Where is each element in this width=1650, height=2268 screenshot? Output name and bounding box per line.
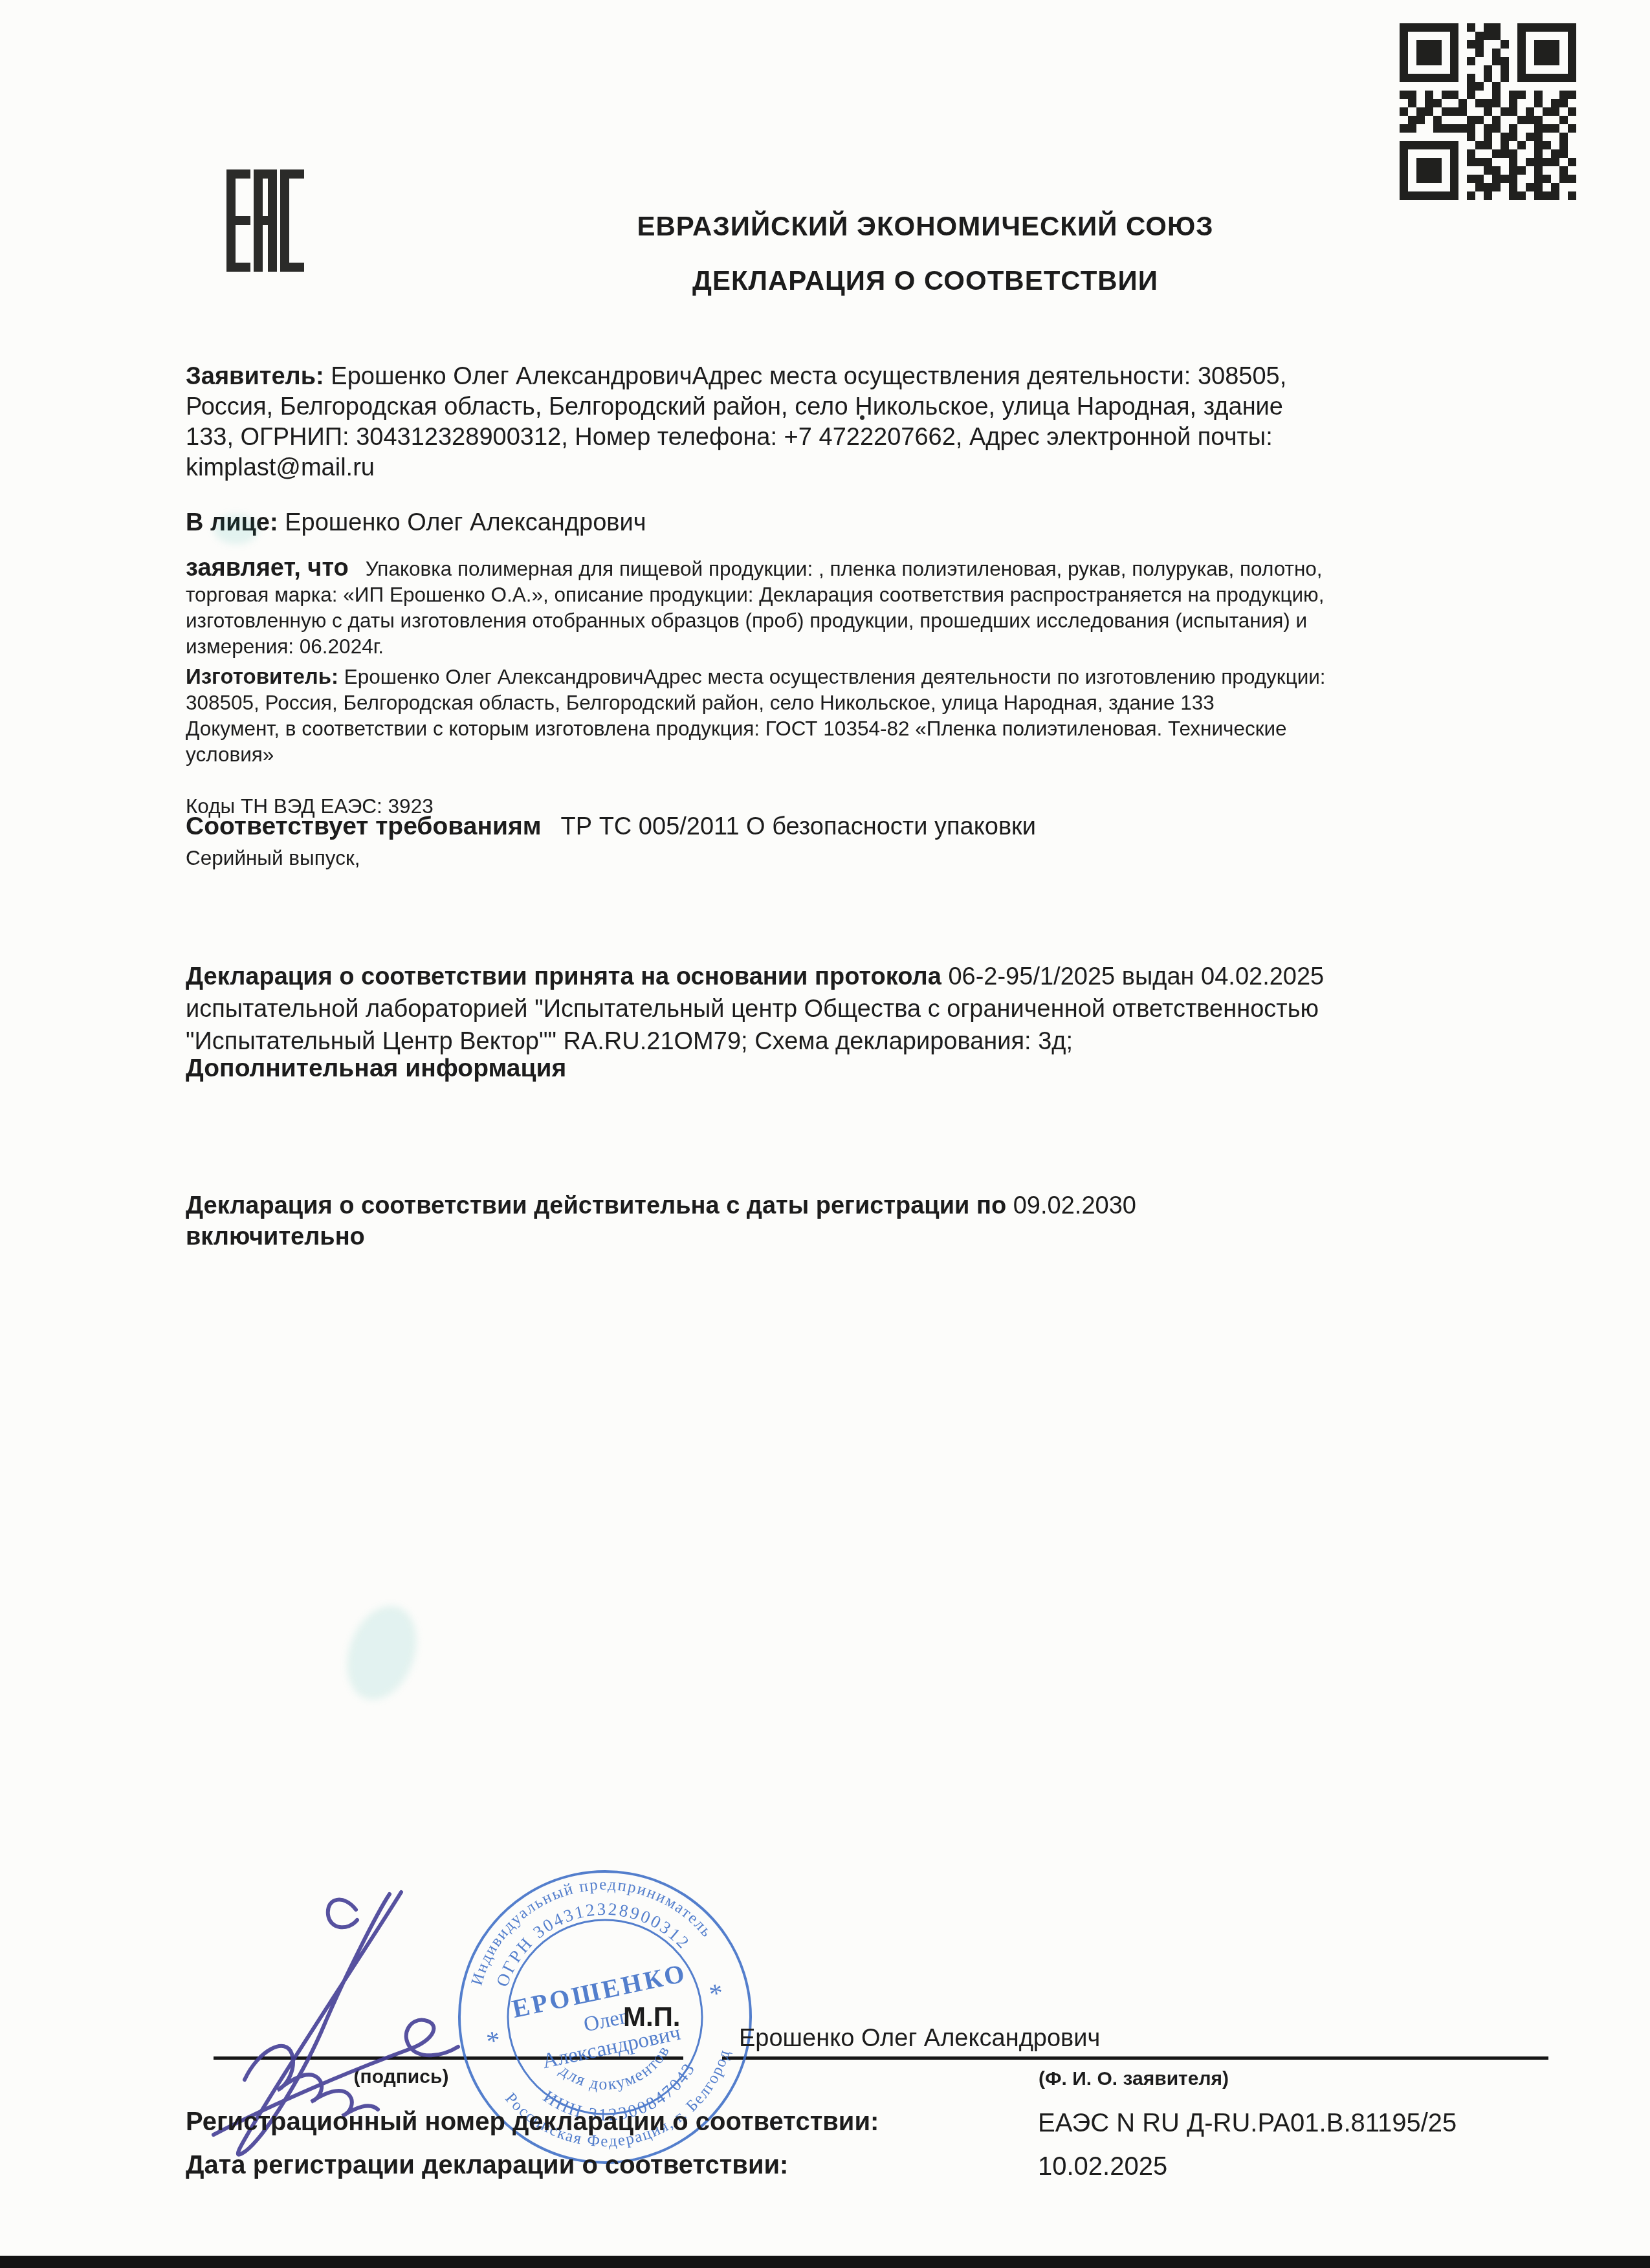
qr-module: [1551, 40, 1559, 49]
qr-module: [1442, 133, 1450, 141]
qr-module: [1425, 133, 1433, 141]
qr-module: [1543, 57, 1551, 65]
qr-module: [1425, 82, 1433, 91]
qr-module: [1534, 124, 1543, 133]
qr-module: [1416, 116, 1425, 124]
qr-module: [1568, 124, 1576, 133]
qr-module: [1450, 191, 1458, 200]
qr-module: [1501, 166, 1509, 175]
qr-module: [1509, 40, 1517, 49]
qr-module: [1568, 82, 1576, 91]
qr-module: [1458, 107, 1467, 116]
qr-module: [1458, 57, 1467, 65]
qr-module: [1543, 32, 1551, 40]
qr-module: [1501, 124, 1509, 133]
qr-module: [1484, 141, 1492, 149]
qr-module: [1526, 23, 1534, 32]
qr-module: [1492, 133, 1501, 141]
qr-module: [1534, 40, 1543, 49]
qr-module: [1517, 116, 1526, 124]
registration-date-value: 10.02.2025: [1038, 2152, 1167, 2181]
qr-module: [1408, 65, 1416, 74]
qr-module: [1400, 82, 1408, 91]
qr-module: [1425, 183, 1433, 191]
qr-module: [1467, 99, 1475, 107]
qr-module: [1551, 32, 1559, 40]
qr-module: [1442, 183, 1450, 191]
fio-caption: (Ф. И. О. заявителя): [972, 2068, 1295, 2090]
qr-module: [1551, 57, 1559, 65]
qr-module: [1509, 166, 1517, 175]
qr-module: [1509, 183, 1517, 191]
qr-module: [1559, 191, 1568, 200]
qr-module: [1543, 191, 1551, 200]
qr-module: [1559, 91, 1568, 99]
qr-module: [1467, 32, 1475, 40]
qr-module: [1433, 57, 1442, 65]
qr-module: [1551, 158, 1559, 166]
qr-module: [1534, 175, 1543, 183]
scan-smudge: [335, 1596, 428, 1709]
qr-module: [1400, 124, 1408, 133]
qr-module: [1509, 74, 1517, 82]
qr-module: [1475, 57, 1484, 65]
qr-module: [1400, 158, 1408, 166]
qr-module: [1526, 116, 1534, 124]
qr-module: [1501, 57, 1509, 65]
qr-module: [1568, 191, 1576, 200]
qr-module: [1526, 183, 1534, 191]
qr-module: [1568, 74, 1576, 82]
qr-module: [1509, 82, 1517, 91]
qr-module: [1408, 158, 1416, 166]
qr-module: [1458, 124, 1467, 133]
qr-module: [1425, 74, 1433, 82]
qr-module: [1425, 91, 1433, 99]
manufacturer-label: Изготовитель:: [186, 664, 338, 688]
qr-module: [1501, 40, 1509, 49]
qr-module: [1475, 191, 1484, 200]
qr-module: [1467, 116, 1475, 124]
qr-module: [1543, 40, 1551, 49]
qr-module: [1450, 107, 1458, 116]
qr-module: [1442, 91, 1450, 99]
qr-module: [1501, 183, 1509, 191]
qr-module: [1425, 49, 1433, 57]
qr-module: [1559, 40, 1568, 49]
qr-module: [1408, 183, 1416, 191]
qr-module: [1408, 141, 1416, 149]
qr-module: [1433, 166, 1442, 175]
qr-module: [1467, 141, 1475, 149]
validity-paragraph: Декларация о соответствии действительна …: [186, 1159, 1524, 1252]
registration-number-label: Регистрационный номер декларации о соотв…: [186, 2108, 879, 2137]
qr-module: [1433, 158, 1442, 166]
qr-module: [1568, 23, 1576, 32]
qr-module: [1517, 40, 1526, 49]
qr-module: [1416, 23, 1425, 32]
qr-module: [1517, 183, 1526, 191]
scan-smudge: [214, 514, 259, 544]
qr-module: [1559, 23, 1568, 32]
qr-module: [1543, 116, 1551, 124]
qr-module: [1450, 175, 1458, 183]
qr-module: [1543, 23, 1551, 32]
fio-line: [722, 2056, 1548, 2060]
qr-module: [1517, 91, 1526, 99]
qr-module: [1526, 82, 1534, 91]
qr-module: [1400, 183, 1408, 191]
qr-module: [1442, 57, 1450, 65]
qr-module: [1450, 74, 1458, 82]
qr-module: [1416, 166, 1425, 175]
qr-module: [1509, 65, 1517, 74]
declaration-document: ЕВРАЗИЙСКИЙ ЭКОНОМИЧЕСКИЙ СОЮЗ ДЕКЛАРАЦИ…: [0, 0, 1650, 2268]
qr-module: [1416, 133, 1425, 141]
qr-module: [1475, 133, 1484, 141]
qr-module: [1551, 175, 1559, 183]
qr-module: [1568, 158, 1576, 166]
qr-module: [1458, 82, 1467, 91]
qr-module: [1509, 32, 1517, 40]
qr-module: [1450, 57, 1458, 65]
qr-module: [1425, 158, 1433, 166]
qr-module: [1551, 116, 1559, 124]
qr-module: [1551, 191, 1559, 200]
qr-module: [1559, 82, 1568, 91]
qr-module: [1501, 99, 1509, 107]
qr-module: [1484, 32, 1492, 40]
qr-module: [1501, 116, 1509, 124]
qr-module: [1551, 107, 1559, 116]
qr-module: [1425, 65, 1433, 74]
qr-module: [1526, 124, 1534, 133]
qr-module: [1467, 133, 1475, 141]
qr-module: [1492, 149, 1501, 158]
qr-module: [1526, 107, 1534, 116]
qr-module: [1484, 49, 1492, 57]
qr-module: [1433, 175, 1442, 183]
qr-module: [1416, 57, 1425, 65]
qr-module: [1492, 40, 1501, 49]
qr-module: [1517, 166, 1526, 175]
complies-line: Соответствует требованиямТР ТС 005/2011 …: [186, 812, 1524, 841]
validity-date: 09.02.2030: [1006, 1192, 1136, 1219]
qr-module: [1559, 158, 1568, 166]
qr-module: [1458, 32, 1467, 40]
qr-module: [1442, 116, 1450, 124]
qr-module: [1484, 133, 1492, 141]
qr-module: [1568, 65, 1576, 74]
qr-module: [1492, 99, 1501, 107]
qr-module: [1475, 124, 1484, 133]
qr-module: [1484, 57, 1492, 65]
qr-module: [1475, 32, 1484, 40]
qr-module: [1568, 149, 1576, 158]
qr-module: [1559, 116, 1568, 124]
qr-module: [1475, 49, 1484, 57]
qr-module: [1484, 166, 1492, 175]
qr-module: [1416, 49, 1425, 57]
qr-module: [1484, 124, 1492, 133]
qr-module: [1458, 158, 1467, 166]
qr-module: [1458, 40, 1467, 49]
qr-module: [1467, 124, 1475, 133]
qr-module: [1433, 91, 1442, 99]
qr-module: [1551, 91, 1559, 99]
qr-module: [1568, 57, 1576, 65]
qr-module: [1450, 82, 1458, 91]
qr-module: [1492, 49, 1501, 57]
qr-module: [1467, 183, 1475, 191]
qr-module: [1467, 191, 1475, 200]
qr-module: [1450, 116, 1458, 124]
qr-module: [1475, 23, 1484, 32]
qr-module: [1433, 99, 1442, 107]
qr-module: [1559, 49, 1568, 57]
qr-module: [1400, 74, 1408, 82]
qr-module: [1458, 191, 1467, 200]
qr-module: [1492, 23, 1501, 32]
qr-module: [1568, 91, 1576, 99]
qr-module: [1442, 124, 1450, 133]
qr-module: [1543, 124, 1551, 133]
qr-module: [1416, 32, 1425, 40]
qr-module: [1534, 65, 1543, 74]
qr-module: [1433, 82, 1442, 91]
qr-module: [1526, 74, 1534, 82]
qr-module: [1408, 191, 1416, 200]
qr-module: [1559, 149, 1568, 158]
qr-module: [1551, 149, 1559, 158]
qr-module: [1501, 74, 1509, 82]
qr-module: [1484, 40, 1492, 49]
complies-value: ТР ТС 005/2011 О безопасности упаковки: [561, 813, 1036, 840]
qr-module: [1501, 133, 1509, 141]
qr-module: [1400, 32, 1408, 40]
qr-module: [1442, 40, 1450, 49]
qr-module: [1492, 91, 1501, 99]
qr-module: [1416, 82, 1425, 91]
qr-module: [1509, 57, 1517, 65]
qr-module: [1492, 65, 1501, 74]
qr-module: [1517, 32, 1526, 40]
qr-module: [1551, 183, 1559, 191]
qr-module: [1543, 91, 1551, 99]
qr-module: [1509, 191, 1517, 200]
qr-module: [1467, 158, 1475, 166]
qr-module: [1442, 107, 1450, 116]
qr-module: [1501, 49, 1509, 57]
qr-module: [1442, 99, 1450, 107]
qr-module: [1416, 40, 1425, 49]
qr-module: [1484, 183, 1492, 191]
qr-module: [1484, 99, 1492, 107]
qr-module: [1408, 124, 1416, 133]
qr-module: [1400, 141, 1408, 149]
qr-module: [1551, 23, 1559, 32]
qr-module: [1517, 99, 1526, 107]
qr-module: [1534, 82, 1543, 91]
qr-module: [1450, 65, 1458, 74]
additional-info-label: Дополнительная информация: [186, 1054, 1524, 1083]
qr-module: [1517, 82, 1526, 91]
qr-module: [1568, 141, 1576, 149]
qr-module: [1568, 99, 1576, 107]
qr-module: [1416, 149, 1425, 158]
qr-module: [1551, 74, 1559, 82]
qr-module: [1467, 82, 1475, 91]
qr-module: [1450, 23, 1458, 32]
qr-module: [1408, 40, 1416, 49]
qr-module: [1475, 141, 1484, 149]
qr-module: [1526, 40, 1534, 49]
qr-module: [1475, 149, 1484, 158]
qr-module: [1450, 49, 1458, 57]
qr-module: [1484, 65, 1492, 74]
qr-module: [1559, 99, 1568, 107]
qr-module: [1501, 141, 1509, 149]
qr-module: [1509, 133, 1517, 141]
qr-module: [1475, 91, 1484, 99]
applicant-label: Заявитель:: [186, 363, 324, 390]
qr-module: [1559, 183, 1568, 191]
qr-module: [1400, 107, 1408, 116]
qr-module: [1492, 124, 1501, 133]
qr-module: [1543, 141, 1551, 149]
qr-module: [1534, 191, 1543, 200]
qr-module: [1433, 49, 1442, 57]
qr-module: [1467, 74, 1475, 82]
qr-module: [1551, 65, 1559, 74]
qr-module: [1543, 74, 1551, 82]
qr-module: [1543, 175, 1551, 183]
qr-module: [1534, 183, 1543, 191]
applicant-fio: Ерошенко Олег Александрович: [739, 2025, 1100, 2053]
qr-module: [1458, 65, 1467, 74]
qr-module: [1568, 40, 1576, 49]
qr-module: [1433, 183, 1442, 191]
qr-module: [1425, 40, 1433, 49]
qr-module: [1475, 116, 1484, 124]
qr-module: [1501, 32, 1509, 40]
qr-module: [1458, 116, 1467, 124]
qr-module: [1517, 65, 1526, 74]
qr-module: [1408, 175, 1416, 183]
qr-module: [1568, 107, 1576, 116]
qr-module: [1425, 175, 1433, 183]
qr-module: [1559, 107, 1568, 116]
qr-module: [1509, 158, 1517, 166]
qr-module: [1425, 116, 1433, 124]
qr-module: [1450, 149, 1458, 158]
qr-module: [1543, 107, 1551, 116]
qr-module: [1425, 57, 1433, 65]
qr-module: [1551, 141, 1559, 149]
qr-module: [1400, 57, 1408, 65]
qr-module: [1400, 116, 1408, 124]
qr-module: [1526, 158, 1534, 166]
qr-module: [1475, 175, 1484, 183]
qr-module: [1400, 175, 1408, 183]
qr-module: [1534, 149, 1543, 158]
qr-module: [1458, 175, 1467, 183]
qr-module: [1416, 141, 1425, 149]
qr-module: [1475, 166, 1484, 175]
qr-module: [1467, 175, 1475, 183]
qr-module: [1450, 133, 1458, 141]
qr-module: [1501, 149, 1509, 158]
qr-module: [1492, 32, 1501, 40]
qr-module: [1408, 57, 1416, 65]
qr-module: [1425, 141, 1433, 149]
qr-module: [1509, 23, 1517, 32]
qr-module: [1526, 191, 1534, 200]
qr-module: [1475, 65, 1484, 74]
qr-module: [1400, 133, 1408, 141]
qr-module: [1433, 40, 1442, 49]
qr-module: [1400, 149, 1408, 158]
qr-module: [1484, 116, 1492, 124]
qr-module: [1501, 82, 1509, 91]
manufacturer-text: Ерошенко Олег АлександровичАдрес места о…: [186, 665, 1326, 714]
qr-module: [1517, 49, 1526, 57]
qr-module: [1559, 65, 1568, 74]
qr-module: [1534, 133, 1543, 141]
qr-module: [1517, 57, 1526, 65]
qr-module: [1534, 166, 1543, 175]
qr-module: [1492, 166, 1501, 175]
qr-module: [1433, 32, 1442, 40]
qr-module: [1442, 49, 1450, 57]
qr-module: [1408, 166, 1416, 175]
qr-module: [1425, 149, 1433, 158]
qr-code: [1400, 23, 1576, 200]
qr-module: [1442, 82, 1450, 91]
qr-module: [1526, 149, 1534, 158]
qr-module: [1458, 149, 1467, 158]
validity-suffix: включительно: [186, 1223, 365, 1250]
qr-module: [1484, 91, 1492, 99]
qr-module: [1509, 141, 1517, 149]
qr-module: [1534, 74, 1543, 82]
qr-module: [1425, 107, 1433, 116]
manufacturer-paragraph: Изготовитель: Ерошенко Олег Александрови…: [186, 638, 1524, 897]
qr-module: [1543, 158, 1551, 166]
qr-module: [1467, 49, 1475, 57]
qr-module: [1484, 149, 1492, 158]
qr-module: [1467, 23, 1475, 32]
qr-module: [1509, 91, 1517, 99]
qr-module: [1433, 141, 1442, 149]
qr-module: [1568, 116, 1576, 124]
qr-module: [1526, 57, 1534, 65]
qr-module: [1425, 32, 1433, 40]
qr-module: [1534, 141, 1543, 149]
qr-module: [1467, 57, 1475, 65]
qr-module: [1458, 49, 1467, 57]
qr-module: [1433, 107, 1442, 116]
qr-module: [1501, 23, 1509, 32]
manufacturer-document-line: Документ, в соответствии с которым изгот…: [186, 715, 1524, 767]
qr-module: [1458, 141, 1467, 149]
qr-module: [1442, 149, 1450, 158]
qr-module: [1534, 49, 1543, 57]
registration-date-label: Дата регистрации декларации о соответств…: [186, 2151, 788, 2180]
qr-module: [1442, 74, 1450, 82]
qr-module: [1484, 82, 1492, 91]
qr-module: [1416, 99, 1425, 107]
